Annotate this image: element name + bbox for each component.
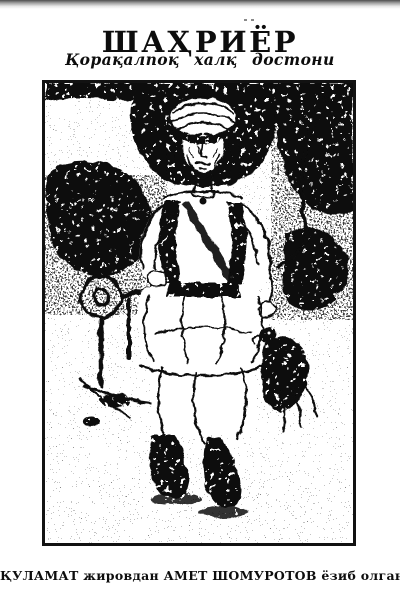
scan-edge-shadow bbox=[0, 0, 400, 9]
illustration-frame bbox=[42, 80, 356, 546]
epic-illustration bbox=[45, 83, 353, 543]
left-hand bbox=[147, 271, 167, 287]
pendant bbox=[200, 198, 207, 205]
scan-dust bbox=[244, 6, 258, 9]
page-subtitle: Қорақалпоқ халқ достони bbox=[0, 50, 400, 69]
attribution-caption: ҚУЛАМАТ жировдан АМЕТ ШОМУРОТОВ ёзиб олг… bbox=[0, 568, 400, 583]
